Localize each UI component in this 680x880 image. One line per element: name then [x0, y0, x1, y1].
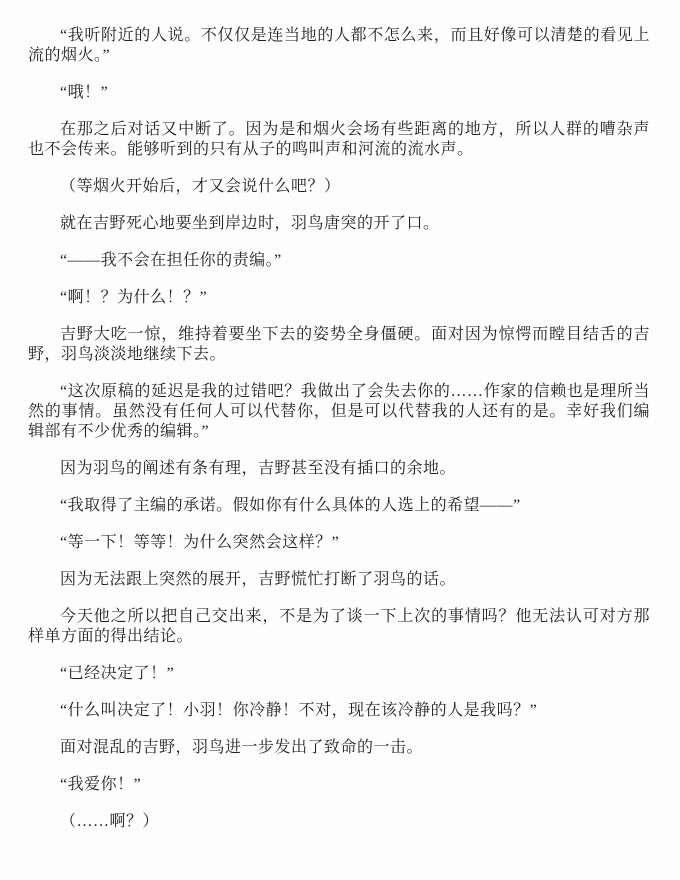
paragraph-9: “这次原稿的延迟是我的过错吧？我做出了会失去你的……作家的信赖也是理所当然的事情… — [28, 382, 650, 442]
paragraph-7: “啊！？为什么！？” — [28, 288, 650, 308]
paragraph-19: （……啊？） — [28, 812, 650, 832]
paragraph-10: 因为羽鸟的阐述有条有理，吉野甚至没有插口的余地。 — [28, 459, 650, 479]
paragraph-8: 吉野大吃一惊，维持着要坐下去的姿势全身僵硬。面对因为惊愕而瞠目结舌的吉野，羽鸟淡… — [28, 325, 650, 365]
paragraph-13: 因为无法跟上突然的展开，吉野慌忙打断了羽鸟的话。 — [28, 570, 650, 590]
paragraph-11: “我取得了主编的承诺。假如你有什么具体的人选上的希望——” — [28, 496, 650, 516]
paragraph-15: “已经决定了！” — [28, 664, 650, 684]
paragraph-5: 就在吉野死心地要坐到岸边时，羽鸟唐突的开了口。 — [28, 214, 650, 234]
paragraph-2: “哦！” — [28, 83, 650, 103]
paragraph-14: 今天他之所以把自己交出来，不是为了谈一下上次的事情吗？他无法认可对方那样单方面的… — [28, 607, 650, 647]
paragraph-6: “——我不会在担任你的责编。” — [28, 251, 650, 271]
paragraph-1: “我听附近的人说。不仅仅是连当地的人都不怎么来，而且好像可以清楚的看见上流的烟火… — [28, 26, 650, 66]
paragraph-4: （等烟火开始后，才又会说什么吧？） — [28, 177, 650, 197]
paragraph-17: 面对混乱的吉野，羽鸟进一步发出了致命的一击。 — [28, 738, 650, 758]
paragraph-3: 在那之后对话又中断了。因为是和烟火会场有些距离的地方，所以人群的嘈杂声也不会传来… — [28, 120, 650, 160]
paragraph-12: “等一下！等等！为什么突然会这样？” — [28, 533, 650, 553]
text-body: “我听附近的人说。不仅仅是连当地的人都不怎么来，而且好像可以清楚的看见上流的烟火… — [28, 26, 650, 832]
paragraph-18: “我爱你！” — [28, 775, 650, 795]
document-page: “我听附近的人说。不仅仅是连当地的人都不怎么来，而且好像可以清楚的看见上流的烟火… — [0, 0, 680, 880]
paragraph-16: “什么叫决定了！小羽！你冷静！不对，现在该冷静的人是我吗？” — [28, 701, 650, 721]
